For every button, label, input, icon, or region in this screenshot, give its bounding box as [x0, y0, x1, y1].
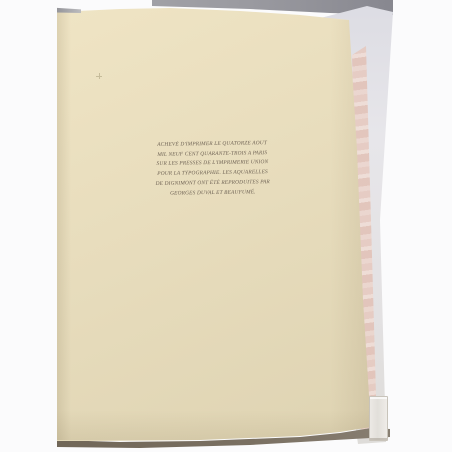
tissue-guard-corner-fold — [369, 396, 388, 441]
book-photo-scene: ACHEVÉ D'IMPRIMER LE QUATORZE AOUT MIL N… — [0, 0, 452, 452]
page-left-gutter-shade — [57, 10, 71, 440]
page-top-corner-board-sliver — [57, 7, 81, 13]
colophon-text-block: ACHEVÉ D'IMPRIMER LE QUATORZE AOUT MIL N… — [140, 139, 286, 199]
page-speck-mark — [96, 73, 102, 79]
